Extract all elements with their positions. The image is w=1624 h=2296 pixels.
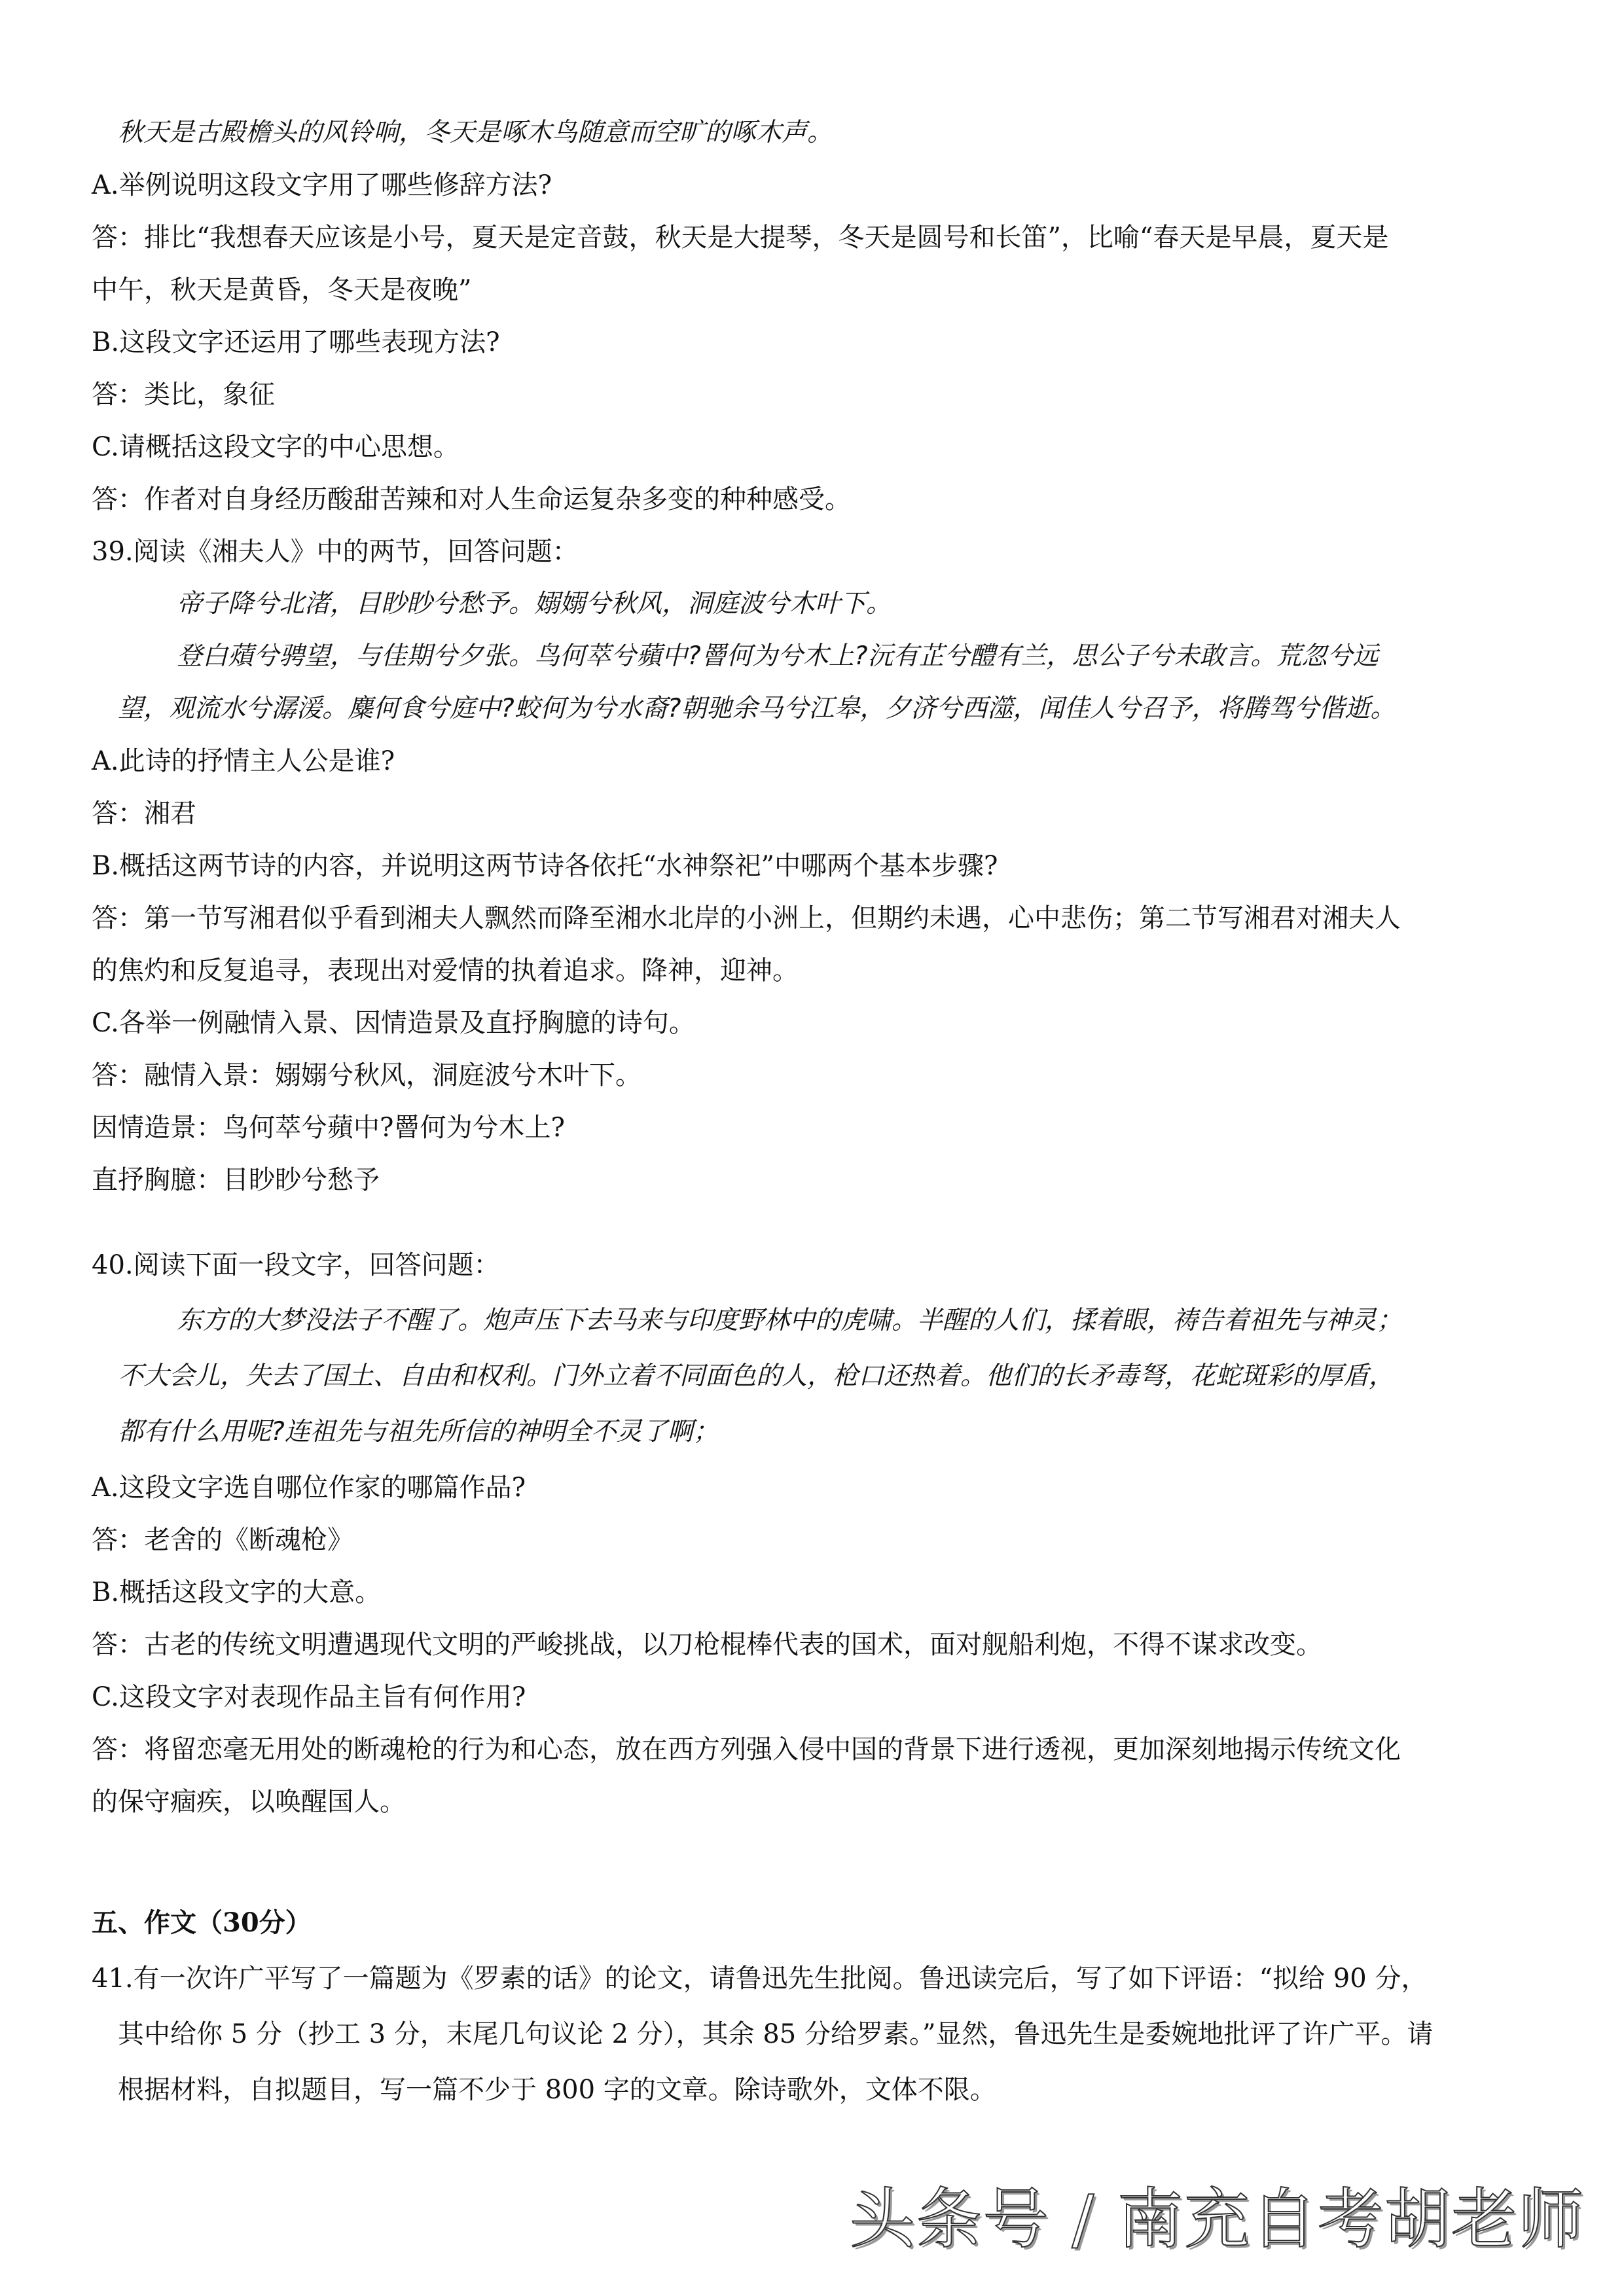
watermark: 头条号 / 南充自考胡老师	[850, 2166, 1585, 2261]
q40-question-a: A.这段文字选自哪位作家的哪篇作品?	[92, 1469, 1551, 1506]
answer-a-line1: 答：排比“我想春天应该是小号，夏天是定音鼓，秋天是大提琴，冬天是圆号和长笛”，比…	[92, 219, 1551, 256]
q39-question-c: C.各举一例融情入景、因情造景及直抒胸臆的诗句。	[92, 1005, 1551, 1041]
quote-tail: 秋天是古殿檐头的风铃响，冬天是啄木鸟随意而空旷的啄木声。	[118, 115, 1578, 151]
q39-poem-line1: 帝子降兮北渚，目眇眇兮愁予。嫋嫋兮秋风，洞庭波兮木叶下。	[177, 586, 1624, 622]
question-a: A.举例说明这段文字用了哪些修辞方法?	[92, 167, 1551, 204]
q39-poem-line3: 望，观流水兮潺湲。麋何食兮庭中?蛟何为兮水裔?朝驰余马兮江皋，夕济兮西澨，闻佳人…	[118, 691, 1578, 727]
q40-answer-a: 答：老舍的《断魂枪》	[92, 1522, 1551, 1558]
answer-c: 答：作者对自身经历酸甜苦辣和对人生命运复杂多变的种种感受。	[92, 481, 1551, 518]
q41-line3: 根据材料，自拟题目，写一篇不少于 800 字的文章。除诗歌外，文体不限。	[118, 2072, 1578, 2108]
q39-answer-c-line3: 直抒胸臆：目眇眇兮愁予	[92, 1162, 1551, 1198]
q39-answer-b-line2: 的焦灼和反复追寻，表现出对爱情的执着追求。降神，迎神。	[92, 952, 1551, 989]
question-c: C.请概括这段文字的中心思想。	[92, 429, 1551, 465]
document-page: 秋天是古殿檐头的风铃响，冬天是啄木鸟随意而空旷的啄木声。 A.举例说明这段文字用…	[0, 0, 1624, 2296]
q39-answer-c-line1: 答：融情入景：嫋嫋兮秋风，洞庭波兮木叶下。	[92, 1057, 1551, 1094]
q41-line2: 其中给你 5 分（抄工 3 分，末尾几句议论 2 分），其余 85 分给罗素。”…	[118, 2016, 1578, 2053]
q40-passage-line3: 都有什么用呢?连祖先与祖先所信的神明全不灵了啊；	[118, 1414, 1578, 1450]
q40-question-c: C.这段文字对表现作品主旨有何作用?	[92, 1679, 1551, 1715]
answer-b: 答：类比，象征	[92, 376, 1551, 413]
q40-answer-c-line1: 答：将留恋毫无用处的断魂枪的行为和心态，放在西方列强入侵中国的背景下进行透视，更…	[92, 1731, 1551, 1768]
q39-question-b: B.概括这两节诗的内容，并说明这两节诗各依托“水神祭祀”中哪两个基本步骤?	[92, 848, 1551, 884]
q39-answer-a: 答：湘君	[92, 795, 1551, 832]
answer-a-line2: 中午，秋天是黄昏，冬天是夜晚”	[92, 272, 1551, 308]
q40-answer-c-line2: 的保守痼疾，以唤醒国人。	[92, 1784, 1551, 1820]
q40-title: 40.阅读下面一段文字，回答问题：	[92, 1247, 1551, 1283]
section5-heading: 五、作文（30分）	[92, 1905, 1551, 1941]
q39-answer-c-line2: 因情造景：鸟何萃兮蘋中?罾何为兮木上?	[92, 1109, 1551, 1146]
q40-answer-b: 答：古老的传统文明遭遇现代文明的严峻挑战，以刀枪棍棒代表的国术，面对舰船利炮，不…	[92, 1626, 1551, 1663]
q39-title: 39.阅读《湘夫人》中的两节，回答问题：	[92, 533, 1551, 570]
q41-line1: 41.有一次许广平写了一篇题为《罗素的话》的论文，请鲁迅先生批阅。鲁迅读完后，写…	[92, 1960, 1551, 1997]
q40-passage-line1: 东方的大梦没法子不醒了。炮声压下去马来与印度野林中的虎啸。半醒的人们，揉着眼，祷…	[177, 1302, 1624, 1339]
q40-question-b: B.概括这段文字的大意。	[92, 1574, 1551, 1611]
q39-poem-line2: 登白薠兮骋望，与佳期兮夕张。鸟何萃兮蘋中?罾何为兮木上?沅有芷兮醴有兰，思公子兮…	[177, 638, 1624, 675]
q40-passage-line2: 不大会儿，失去了国土、自由和权利。门外立着不同面色的人，枪口还热着。他们的长矛毒…	[118, 1358, 1578, 1395]
q39-answer-b-line1: 答：第一节写湘君似乎看到湘夫人飘然而降至湘水北岸的小洲上，但期约未遇，心中悲伤；…	[92, 900, 1551, 937]
question-b: B.这段文字还运用了哪些表现方法?	[92, 324, 1551, 361]
q39-question-a: A.此诗的抒情主人公是谁?	[92, 743, 1551, 780]
